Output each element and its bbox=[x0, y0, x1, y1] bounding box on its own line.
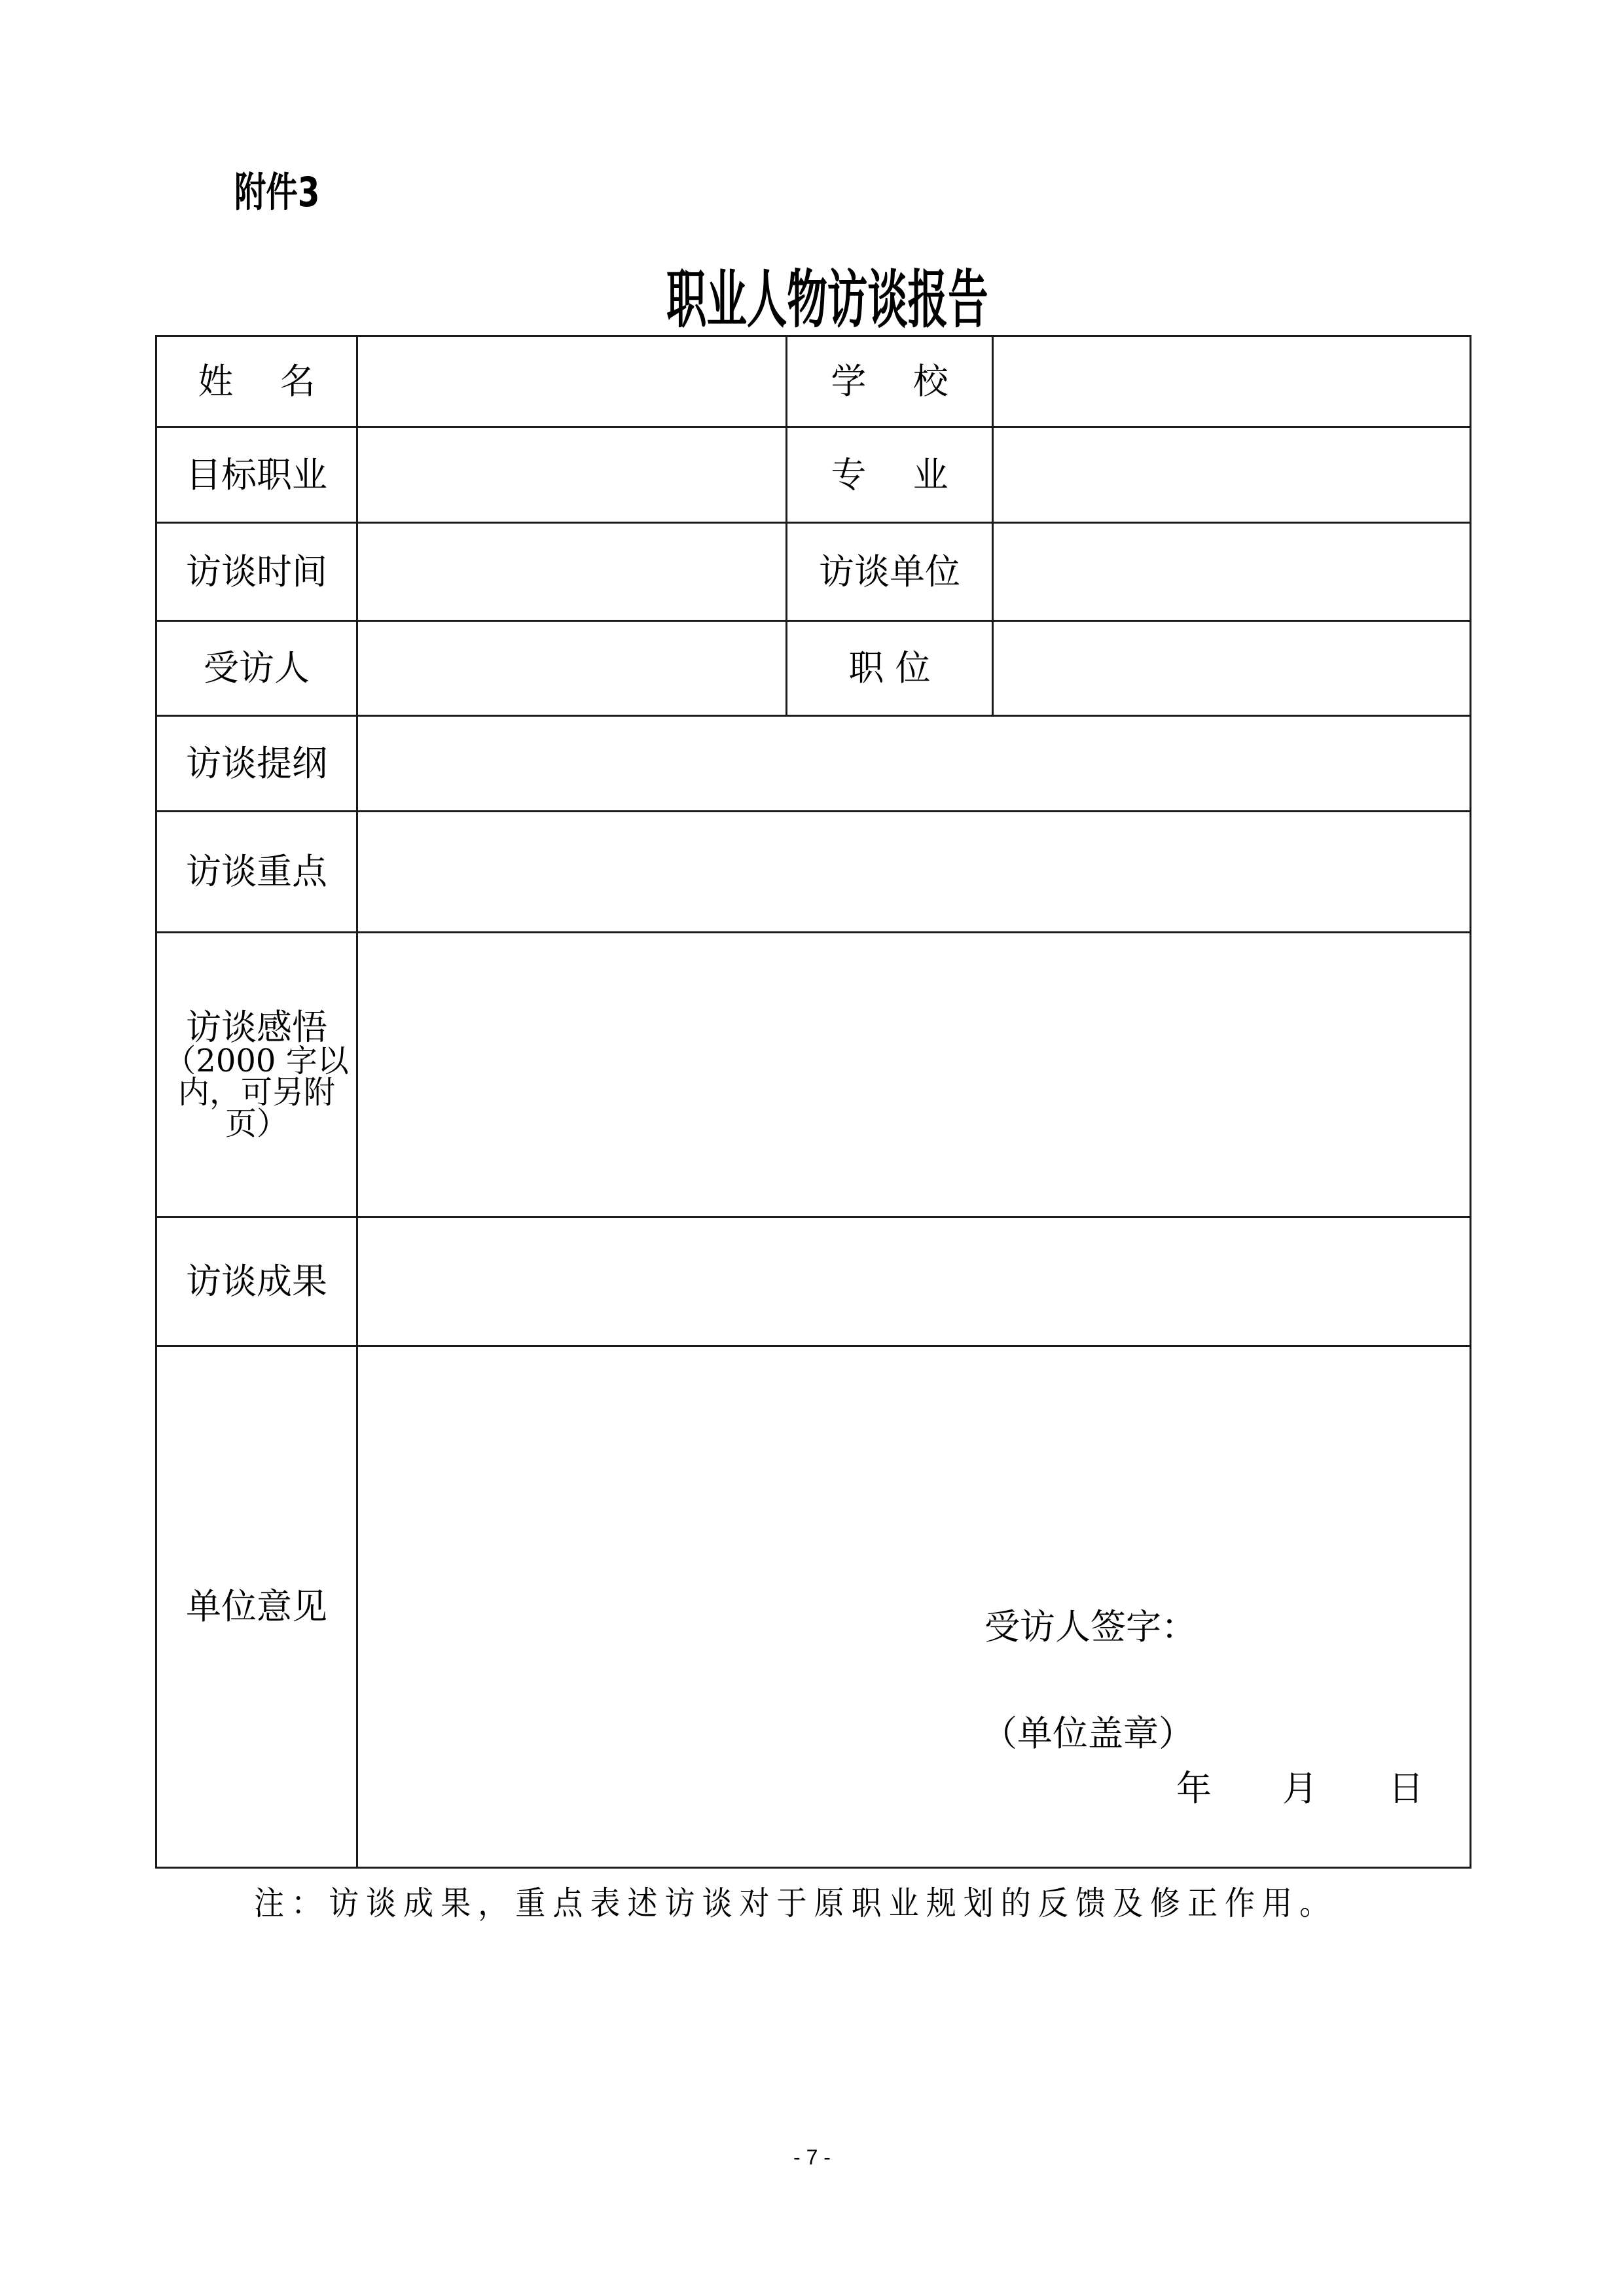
form-row-key-points: 访谈重点 bbox=[156, 812, 1471, 933]
reflection-hint-line3: 页） bbox=[157, 1108, 356, 1139]
form-row-career-major: 目标职业 专 业 bbox=[156, 427, 1471, 523]
form-row-name-school: 姓 名 学 校 bbox=[156, 336, 1471, 427]
form-row-outline: 访谈提纲 bbox=[156, 716, 1471, 812]
form-row-interviewee-position: 受访人 职 位 bbox=[156, 621, 1471, 716]
name-field[interactable] bbox=[357, 336, 787, 427]
results-field[interactable] bbox=[357, 1217, 1471, 1346]
attachment-label: 附件3 bbox=[234, 160, 319, 218]
page-number: - 7 - bbox=[0, 2145, 1624, 2170]
interviewee-field[interactable] bbox=[357, 621, 787, 716]
reflection-field[interactable] bbox=[357, 933, 1471, 1217]
interview-unit-field[interactable] bbox=[993, 523, 1471, 621]
interview-unit-label: 访谈单位 bbox=[787, 523, 993, 621]
outline-label: 访谈提纲 bbox=[156, 716, 357, 812]
signature-label: 受访人签字： bbox=[984, 1599, 1197, 1649]
interview-time-field[interactable] bbox=[357, 523, 787, 621]
interviewee-label: 受访人 bbox=[156, 621, 357, 716]
unit-opinion-label: 单位意见 bbox=[156, 1346, 357, 1868]
school-field[interactable] bbox=[993, 336, 1471, 427]
target-career-field[interactable] bbox=[357, 427, 787, 523]
page-title: 职业人物访谈报告 bbox=[666, 250, 988, 340]
form-row-time-unit: 访谈时间 访谈单位 bbox=[156, 523, 1471, 621]
key-points-label: 访谈重点 bbox=[156, 812, 357, 933]
results-label: 访谈成果 bbox=[156, 1217, 357, 1346]
target-career-label: 目标职业 bbox=[156, 427, 357, 523]
reflection-hint-line2: 内，可另附 bbox=[157, 1077, 356, 1108]
key-points-field[interactable] bbox=[357, 812, 1471, 933]
outline-field[interactable] bbox=[357, 716, 1471, 812]
name-label: 姓 名 bbox=[156, 336, 357, 427]
major-field[interactable] bbox=[993, 427, 1471, 523]
reflection-hint-line1: （2000 字以 bbox=[157, 1045, 356, 1077]
footnote: 注：访谈成果，重点表述访谈对于原职业规划的反馈及修正作用。 bbox=[254, 1877, 1337, 1924]
form-row-reflection: 访谈感悟 （2000 字以 内，可另附 页） bbox=[156, 933, 1471, 1217]
reflection-label-cell: 访谈感悟 （2000 字以 内，可另附 页） bbox=[156, 933, 357, 1217]
school-label: 学 校 bbox=[787, 336, 993, 427]
reflection-label: 访谈感悟 bbox=[157, 1010, 356, 1045]
major-label: 专 业 bbox=[787, 427, 993, 523]
date-label: 年 月 日 bbox=[1176, 1761, 1424, 1811]
position-label: 职 位 bbox=[787, 621, 993, 716]
interview-report-form: 姓 名 学 校 目标职业 专 业 访谈时间 访谈单位 受访人 职 位 访谈提纲 … bbox=[155, 335, 1471, 1869]
form-row-results: 访谈成果 bbox=[156, 1217, 1471, 1346]
position-field[interactable] bbox=[993, 621, 1471, 716]
seal-label: （单位盖章） bbox=[982, 1706, 1194, 1756]
interview-time-label: 访谈时间 bbox=[156, 523, 357, 621]
